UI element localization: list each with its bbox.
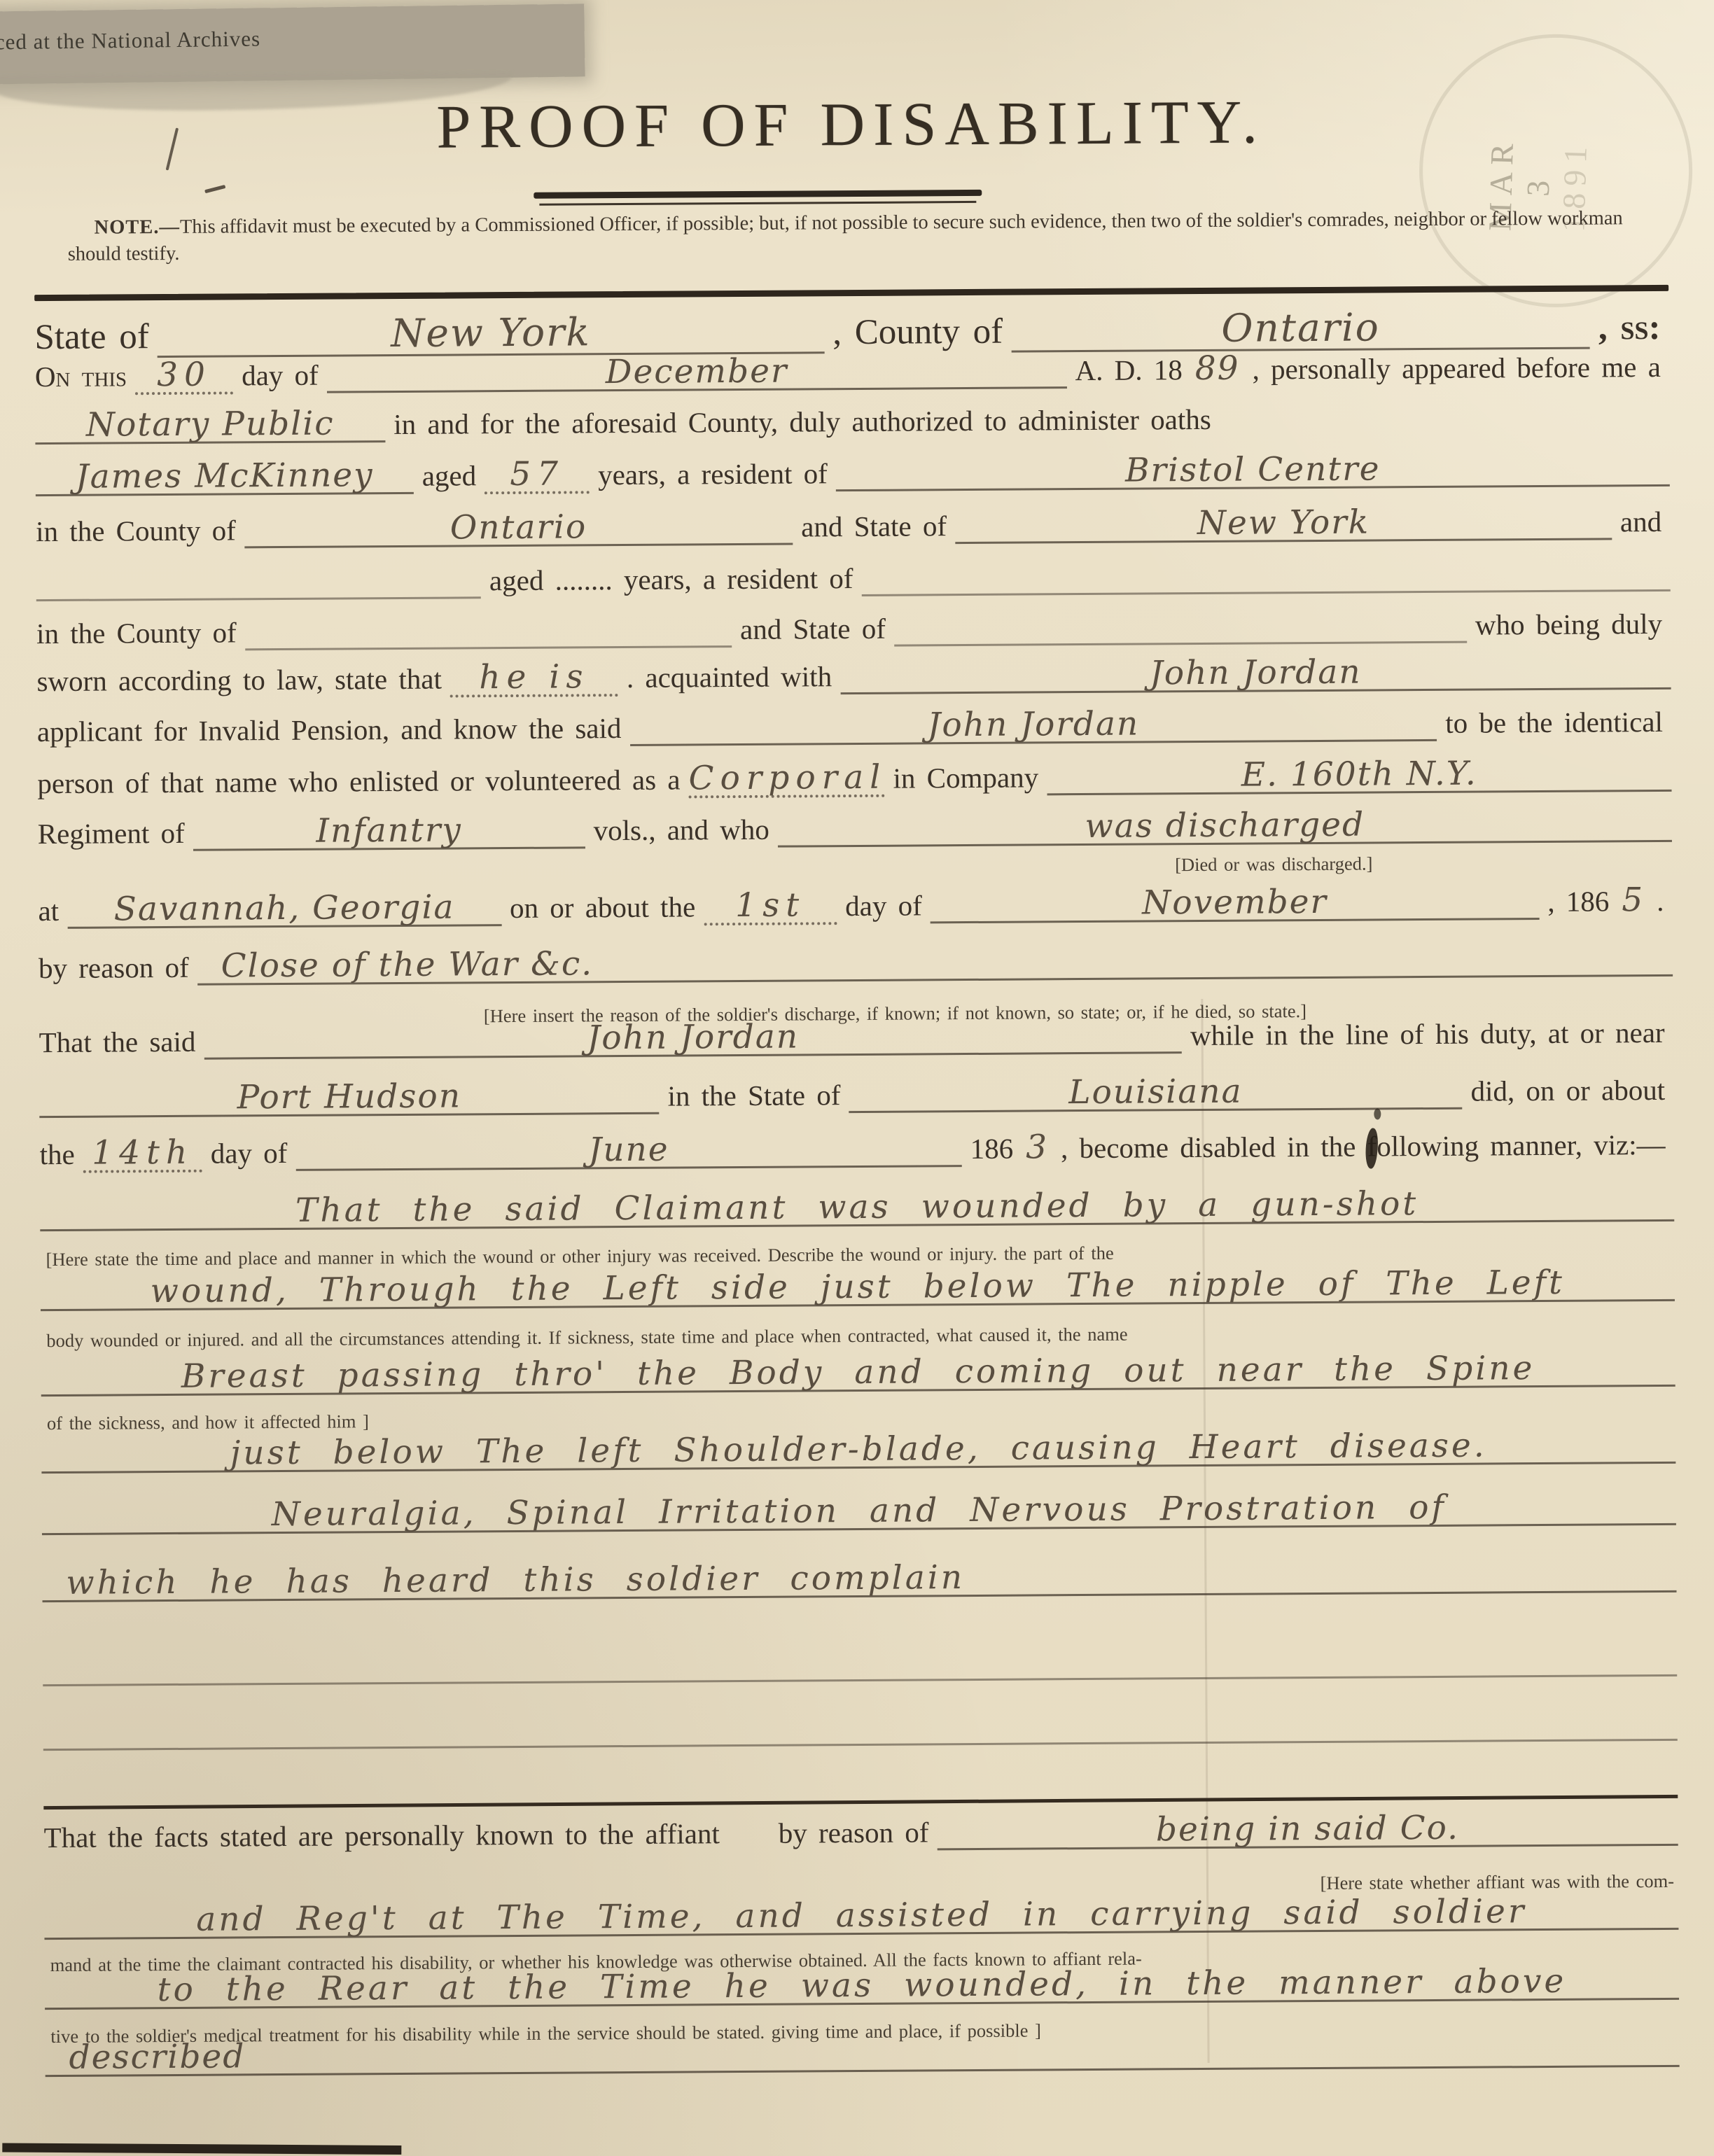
instruction-hint: of the sickness, and how it affected him… <box>47 1410 369 1435</box>
printed-text: to be the identical <box>1437 705 1671 740</box>
printed-text: , ss: <box>1590 307 1669 349</box>
handwritten-inline: 5 <box>1617 883 1648 918</box>
form-line: Notary Publicin and for the aforesaid Co… <box>35 398 1669 458</box>
handwritten-entry: Breast passing thro' the Body and coming… <box>41 1350 1675 1397</box>
printed-text: day of <box>202 1136 296 1170</box>
handwritten-entry: Ontario <box>1011 307 1590 353</box>
handwritten-entry: John Jordan <box>629 705 1437 746</box>
ink-blot <box>1374 1108 1381 1119</box>
printed-text: State of <box>34 316 158 358</box>
form-line: wound, Through the Left side just below … <box>41 1265 1675 1325</box>
instruction-hint: [Here state whether affiant was with the… <box>1097 1870 1674 1896</box>
printed-text: 186 <box>962 1132 1022 1166</box>
handwritten-inline: 3 <box>1022 1130 1052 1165</box>
handwritten-entry: which he has heard this soldier complain <box>42 1556 1676 1603</box>
printed-text: vols., and who <box>585 813 778 848</box>
printed-text: , become disabled in the following manne… <box>1052 1128 1674 1165</box>
handwritten-entry: being in said Co. <box>937 1809 1678 1851</box>
printed-text: day of <box>233 358 327 393</box>
form-line: That the said Claimant was wounded by a … <box>40 1185 1674 1245</box>
printed-text: sworn according to law, state that <box>36 662 450 699</box>
printed-text: , County of <box>824 311 1011 353</box>
handwritten-entry-dotted: 14th <box>83 1135 202 1173</box>
printed-text: and <box>1612 505 1670 539</box>
form-line: ​ <box>43 1704 1678 1765</box>
printed-text: and State of <box>793 509 955 543</box>
instruction-hint: body wounded or injured. and all the cir… <box>46 1319 1673 1352</box>
printed-text: day of <box>837 888 931 923</box>
form-line: ​ <box>43 1640 1677 1700</box>
handwritten-entry: New York <box>955 503 1612 544</box>
printed-text: That the said <box>39 1025 204 1059</box>
printed-text: and State of <box>732 612 894 646</box>
handwritten-entry: James McKinney <box>36 458 414 497</box>
form-line: Regiment ofInfantryvols., and whowas dis… <box>38 806 1672 866</box>
blank-line: ​ <box>861 555 1670 596</box>
blank-line: ​ <box>36 562 482 601</box>
handwritten-entry: was discharged <box>778 806 1672 848</box>
blank-line: ​ <box>43 1640 1677 1687</box>
form-line: Port Hudsonin the State ofLouisianadid, … <box>39 1072 1673 1132</box>
printed-text: in and for the aforesaid County, duly au… <box>385 402 1220 441</box>
printed-text: A. D. 18 <box>1066 353 1191 387</box>
form-line: Breast passing thro' the Body and coming… <box>41 1350 1675 1410</box>
handwritten-entry: Port Hudson <box>39 1078 660 1119</box>
printed-text: in the County of <box>36 615 245 650</box>
form-line: by reason ofClose of the War &c. <box>39 940 1673 1000</box>
handwritten-entry: Ontario <box>244 509 793 549</box>
printed-text: on or about the <box>501 890 704 925</box>
printed-text: at <box>38 894 67 927</box>
handwritten-entry: E. 160th N.Y. <box>1047 755 1672 796</box>
printed-text: by reason of <box>770 1815 938 1849</box>
handwritten-inline: 89 <box>1191 351 1244 386</box>
form-line: just below The left Shoulder-blade, caus… <box>41 1427 1675 1487</box>
blank-line: ​ <box>43 1704 1678 1751</box>
handwritten-entry-dotted: he is <box>450 659 618 698</box>
printed-text: , 186 <box>1539 884 1617 918</box>
handwritten-entry: Bristol Centre <box>836 450 1670 492</box>
handwritten-entry-dotted: 1st <box>704 888 837 926</box>
handwritten-entry: Neuralgia, Spinal Irritation and Nervous… <box>42 1489 1676 1536</box>
handwritten-entry: and Reg't at The Time, and assisted in c… <box>44 1893 1678 1940</box>
form-line: That the facts stated are personally kno… <box>43 1809 1678 1870</box>
handwritten-entry: June <box>295 1130 962 1171</box>
printed-text: . acquainted with <box>618 659 841 694</box>
handwritten-entry: That the said Claimant was wounded by a … <box>40 1185 1674 1232</box>
handwritten-entry: just below The left Shoulder-blade, caus… <box>41 1427 1675 1474</box>
handwritten-entry: Louisiana <box>849 1073 1462 1114</box>
form-line: atSavannah, Georgiaon or about the1stday… <box>38 883 1672 943</box>
printed-text: That the facts stated are personally kno… <box>43 1816 727 1854</box>
spacer: ​ <box>728 1834 770 1847</box>
printed-text: Regiment of <box>38 816 193 850</box>
printed-text: by reason of <box>39 951 197 985</box>
printed-text: applicant for Invalid Pension, and know … <box>37 711 630 748</box>
document-sheet: ced at the National Archives MAR 3 1891 … <box>0 0 1714 2156</box>
handwritten-entry: Close of the War &c. <box>197 940 1673 986</box>
scanned-document-page: ced at the National Archives MAR 3 1891 … <box>0 0 1714 2156</box>
handwritten-entry-dotted: Corporal <box>688 760 884 799</box>
form-line: James McKinneyaged57years, a resident of… <box>36 450 1670 510</box>
instruction-hint: [Died or was discharged.] <box>1175 852 1372 876</box>
form-line: in the County ofOntarioand State ofNew Y… <box>36 503 1670 563</box>
printed-text: years, a resident of <box>590 456 836 491</box>
printed-text: aged ........ years, a resident of <box>481 561 862 597</box>
printed-text: . <box>1648 884 1673 918</box>
handwritten-entry: New York <box>158 311 825 358</box>
handwritten-entry: Infantry <box>193 812 585 851</box>
printed-text: , personally appeared before me a <box>1243 350 1669 386</box>
handwritten-entry: wound, Through the Left side just below … <box>41 1265 1675 1312</box>
handwritten-entry: John Jordan <box>840 653 1671 695</box>
form-line: which he has heard this soldier complain <box>42 1556 1676 1616</box>
form-line: the14thday ofJune1863, become disabled i… <box>39 1126 1673 1186</box>
handwritten-entry: December <box>327 352 1067 393</box>
handwritten-entry: Savannah, Georgia <box>67 890 501 929</box>
blank-line: ​ <box>894 607 1467 647</box>
printed-text: in Company <box>884 760 1047 794</box>
printed-text: person of that name who enlisted or volu… <box>37 762 688 800</box>
printed-text: who being duly <box>1467 607 1671 642</box>
printed-text: On this <box>35 359 136 393</box>
handwritten-entry-dotted: 30 <box>135 357 233 395</box>
handwritten-entry-dotted: 57 <box>485 456 590 494</box>
printed-text: the <box>39 1137 83 1171</box>
form-line: Neuralgia, Spinal Irritation and Nervous… <box>42 1489 1676 1549</box>
handwritten-entry: November <box>931 883 1540 924</box>
handwritten-entry: Notary Public <box>35 406 385 444</box>
printed-text: in the County of <box>36 513 244 548</box>
blank-line: ​ <box>245 611 732 651</box>
printed-text: in the State of <box>659 1078 849 1113</box>
printed-text: did, on or about <box>1462 1073 1673 1108</box>
form-body: State ofNew York, County ofOntario, ss:O… <box>0 0 1714 2156</box>
printed-text: aged <box>414 458 485 493</box>
